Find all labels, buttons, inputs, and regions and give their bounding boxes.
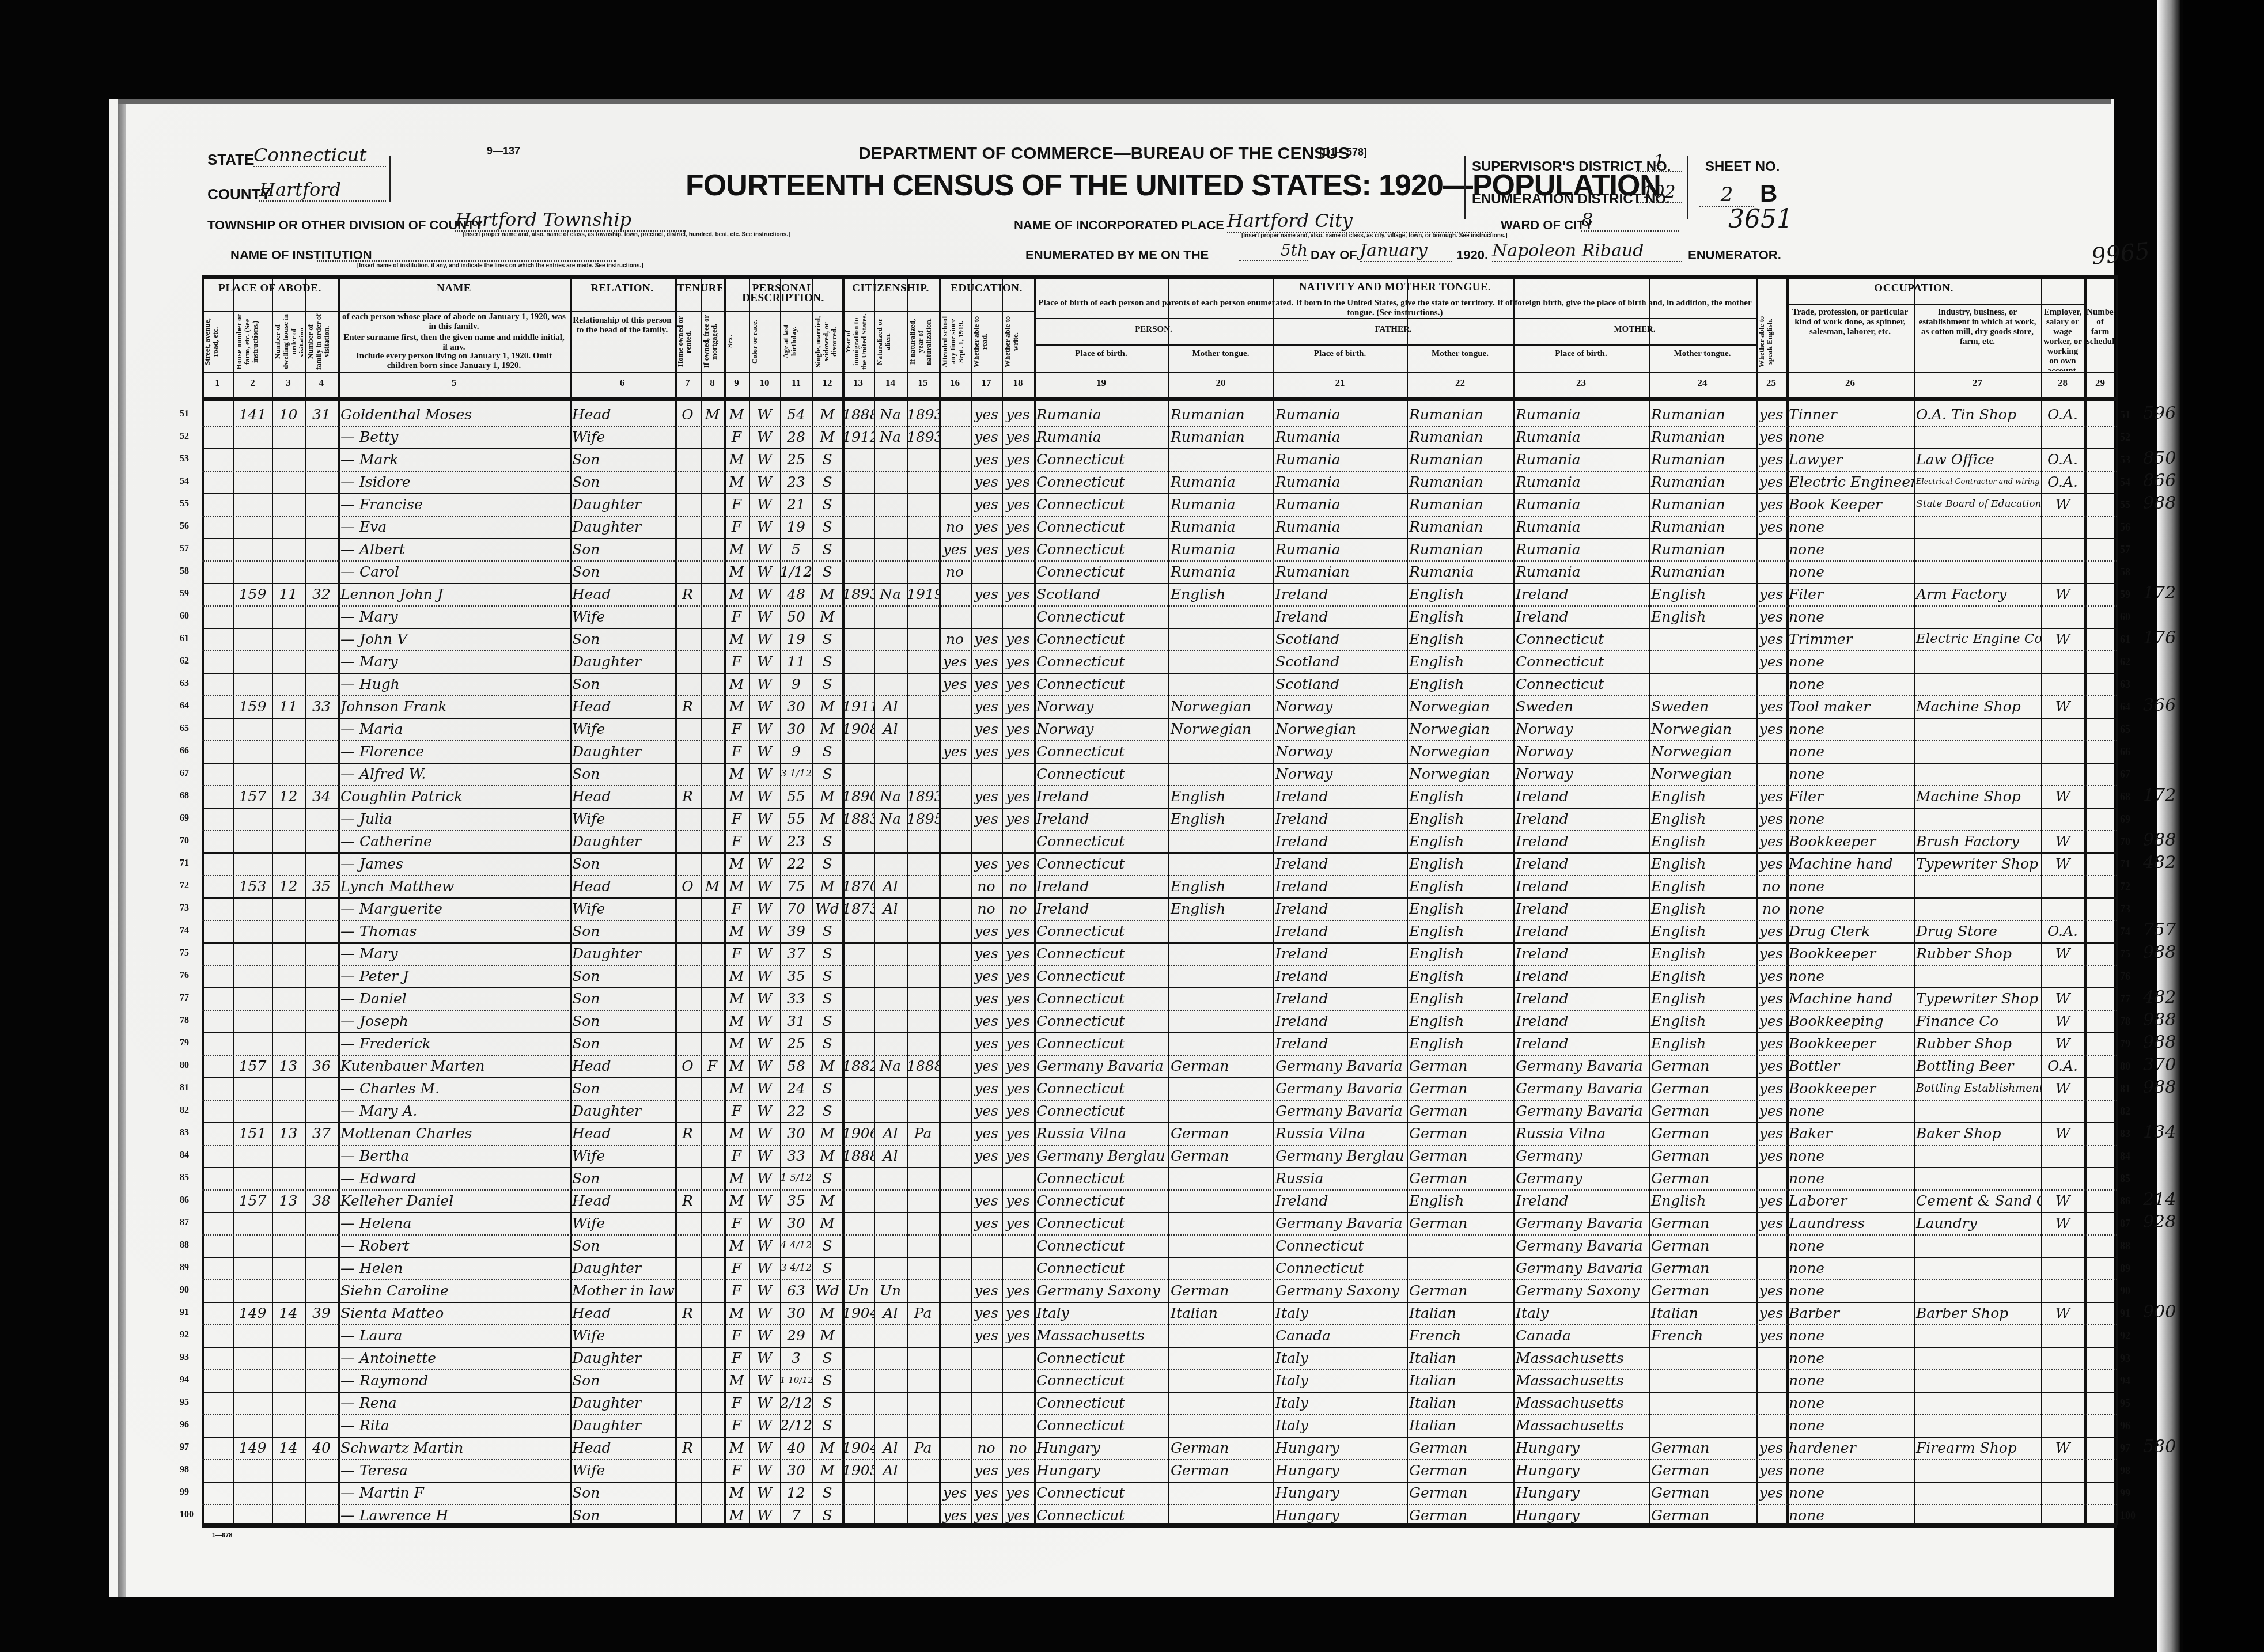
cell-race: W [749,942,780,965]
cell-sex: M [724,763,749,785]
cell-fmt: English [1407,1189,1513,1212]
cell-immig: 1888 [842,403,874,426]
cell-write: no [1002,875,1034,897]
cell-emp: W [2041,785,2084,808]
cell-family: 38 [305,1189,338,1212]
cell-marital: S [812,987,842,1010]
cell-race: W [749,740,780,763]
cell-pob: Connecticut [1034,605,1168,628]
line-number-left: 52 [180,431,189,442]
column-label: Whether able to write. [1004,313,1032,370]
footer-code: 1—678 [212,1532,232,1539]
cell-trade: Drug Clerk [1786,920,1914,942]
table-row: — TeresaWifeFW30M1905AlyesyesHungaryGerm… [202,1459,2117,1482]
table-row: — BettyWifeFW28M1912Na1893yesyesRumaniaR… [202,426,2117,448]
cell-relation: Head [570,1437,675,1459]
cell-mpob: Germany Bavaria [1513,1100,1649,1122]
table-row: — JosephSonMW31SyesyesConnecticutIreland… [202,1010,2117,1032]
cell-dwelling: 13 [272,1122,305,1145]
cell-fmt: English [1407,852,1513,875]
cell-name: — Joseph [338,1010,570,1032]
cell-fmt: Rumanian [1407,403,1513,426]
cell-trade: none [1786,1459,1914,1482]
cell-marital: M [812,1189,842,1212]
table-row: — LauraWifeFW29MyesyesMassachusettsCanad… [202,1324,2117,1347]
margin-annotation: 866 [2143,471,2176,491]
cell-fmt: English [1407,673,1513,695]
scan-background-right [2183,0,2264,1652]
cell-pob: Connecticut [1034,987,1168,1010]
cell-read: no [971,1437,1002,1459]
cell-fmt: English [1407,1032,1513,1055]
cell-race: W [749,1010,780,1032]
column-label: Number of farm schedule. [2087,308,2114,371]
cell-marital: S [812,1167,842,1189]
cell-fpob: Ireland [1273,1032,1407,1055]
cell-marital: M [812,1122,842,1145]
incorporated-place-value: Hartford City [1227,210,1492,233]
cell-race: W [749,1212,780,1234]
column-label: If naturalized, year of naturalization. [908,313,937,370]
cell-fpob: Norway [1273,695,1407,718]
line-number: 84 [2120,1150,2130,1162]
cell-house: 141 [233,403,272,426]
table-row: — John VSonMW19SnoyesyesConnecticutScotl… [202,628,2117,650]
cell-write: yes [1002,583,1034,605]
cell-english: yes [1756,920,1786,942]
cell-write: yes [1002,471,1034,493]
cell-read: yes [971,1145,1002,1167]
cell-name: — Maria [338,718,570,740]
line-number-left: 66 [180,746,189,756]
cell-race: W [749,628,780,650]
cell-english: yes [1756,471,1786,493]
cell-relation: Son [570,1234,675,1257]
cell-sex: M [724,1482,749,1504]
cell-nat: Al [874,1145,907,1167]
line-number: 97 [2120,1442,2130,1454]
line-number-left: 63 [180,679,189,689]
cell-write: yes [1002,785,1034,808]
cell-mmt: German [1649,1055,1756,1077]
cell-fmt: English [1407,987,1513,1010]
cell-trade: Machine hand [1786,987,1914,1010]
cell-emp: O.A. [2041,403,2084,426]
cell-age: 37 [780,942,812,965]
nativity-subdivider [1034,344,1756,346]
cell-industry: Finance Co [1914,1010,2041,1032]
cell-pob: Connecticut [1034,942,1168,965]
cell-nat: Un [874,1279,907,1302]
table-row: — FlorenceDaughterFW9SyesyesyesConnectic… [202,740,2117,763]
column-number: 23 [1516,378,1646,393]
cell-age: 39 [780,920,812,942]
cell-school: no [939,628,971,650]
cell-home: O [675,875,701,897]
cell-pob: Connecticut [1034,1414,1168,1437]
column-number: 22 [1409,378,1511,393]
cell-emp: W [2041,583,2084,605]
cell-sex: M [724,695,749,718]
line-number-left: 65 [180,723,189,734]
cell-emp: W [2041,1122,2084,1145]
ward-label: WARD OF CITY [1501,218,1593,233]
cell-name: — Charles M. [338,1077,570,1100]
table-row: — Charles M.SonMW24SyesyesConnecticutGer… [202,1077,2117,1100]
cell-trade: none [1786,1369,1914,1392]
cell-trade: none [1786,560,1914,583]
cell-fmt: English [1407,808,1513,830]
cell-age: 23 [780,830,812,852]
cell-trade: Laborer [1786,1189,1914,1212]
cell-fpob: Norway [1273,763,1407,785]
cell-mmt: Rumanian [1649,493,1756,516]
cell-age: 28 [780,426,812,448]
cell-mpob: Ireland [1513,808,1649,830]
cell-relation: Wife [570,1145,675,1167]
cell-fmt: Norwegian [1407,740,1513,763]
cell-race: W [749,1167,780,1189]
cell-marital: M [812,1324,842,1347]
cell-sex: M [724,1302,749,1324]
line-number: 94 [2120,1375,2130,1387]
cell-marital: S [812,1504,842,1526]
cell-read: yes [971,740,1002,763]
cell-family: 32 [305,583,338,605]
cell-industry: Machine Shop [1914,695,2041,718]
cell-fpob: Rumania [1273,471,1407,493]
cell-trade: none [1786,1504,1914,1526]
cell-natyear: 1893 [907,426,939,448]
cell-industry: Rubber Shop [1914,1032,2041,1055]
table-row: — Martin FSonMW12SyesyesyesConnecticutHu… [202,1482,2117,1504]
cell-fpob: Rumanian [1273,560,1407,583]
cell-age: 9 [780,673,812,695]
cell-industry: Electrical Contractor and wiring [1914,471,2041,493]
line-number-left: 91 [180,1308,189,1318]
cell-read: yes [971,1032,1002,1055]
cell-race: W [749,1347,780,1369]
cell-age: 75 [780,875,812,897]
cell-name: — Peter J [338,965,570,987]
cell-fpob: Hungary [1273,1459,1407,1482]
cell-trade: Baker [1786,1122,1914,1145]
cell-mmt: English [1649,875,1756,897]
cell-immig: 1904 [842,1302,874,1324]
cell-name: — Thomas [338,920,570,942]
column-label: Naturalized or alien. [876,313,905,370]
cell-race: W [749,1324,780,1347]
table-row: Siehn CarolineMother in lawFW63WdUnUnyes… [202,1279,2117,1302]
cell-trade: none [1786,718,1914,740]
sheet-label: SHEET NO. [1705,159,1780,175]
enumerated-day: 5th [1239,241,1308,261]
cell-nat: Al [874,1122,907,1145]
cell-pob: Connecticut [1034,763,1168,785]
cell-marital: M [812,1055,842,1077]
cell-write: yes [1002,650,1034,673]
cell-race: W [749,1145,780,1167]
page-fold-edge [2157,0,2180,1652]
cell-nat: Al [874,718,907,740]
line-number: 74 [2120,926,2130,938]
cell-fpob: Ireland [1273,605,1407,628]
line-number: 63 [2120,679,2130,691]
cell-natyear: 1895 [907,808,939,830]
cell-industry: Barber Shop [1914,1302,2041,1324]
cell-pob: Connecticut [1034,673,1168,695]
cell-emp: W [2041,942,2084,965]
cell-family: 35 [305,875,338,897]
line-number-left: 81 [180,1083,189,1093]
cell-name: — Mark [338,448,570,471]
cell-sex: F [724,1392,749,1414]
cell-marital: M [812,1302,842,1324]
cell-trade: Filer [1786,583,1914,605]
line-number-left: 85 [180,1173,189,1183]
enumerated-label: ENUMERATED BY ME ON THE [1025,248,1209,263]
line-number-left: 89 [180,1263,189,1273]
enumeration-district-value: 102 [1636,182,1682,203]
table-row: — HelenDaughterFW3 4/12SConnecticutConne… [202,1257,2117,1279]
cell-trade: Barber [1786,1302,1914,1324]
cell-age: 12 [780,1482,812,1504]
line-number: 57 [2120,544,2130,556]
cell-mpob: Norway [1513,740,1649,763]
cell-name: Kelleher Daniel [338,1189,570,1212]
cell-emp: W [2041,1077,2084,1100]
cell-race: W [749,1189,780,1212]
cell-mt: Rumania [1168,493,1273,516]
header-name: NAME [340,283,567,306]
cell-industry: Drug Store [1914,920,2041,942]
cell-sex: F [724,942,749,965]
cell-fmt: German [1407,1437,1513,1459]
cell-mt: English [1168,785,1273,808]
header-education: EDUCATION. [941,283,1032,306]
cell-name: — James [338,852,570,875]
cell-race: W [749,1100,780,1122]
cell-relation: Wife [570,426,675,448]
cell-mt: German [1168,1459,1273,1482]
line-number-left: 62 [180,656,189,666]
cell-race: W [749,718,780,740]
cell-mpob: Russia Vilna [1513,1122,1649,1145]
line-number: 53 [2120,454,2130,466]
margin-reference-number-2: 9965 [2090,238,2151,270]
line-number: 89 [2120,1263,2130,1275]
line-number-left: 74 [180,926,189,936]
cell-trade: none [1786,965,1914,987]
cell-relation: Wife [570,808,675,830]
margin-annotation: 988 [2143,1032,2176,1052]
column-number: 27 [1916,378,2039,393]
cell-pob: Italy [1034,1302,1168,1324]
cell-fpob: Russia Vilna [1273,1122,1407,1145]
cell-read: yes [971,965,1002,987]
cell-race: W [749,1055,780,1077]
cell-mpob: Massachusetts [1513,1392,1649,1414]
cell-fmt: German [1407,1145,1513,1167]
cell-fpob: Ireland [1273,897,1407,920]
cell-read: yes [971,1504,1002,1526]
cell-relation: Son [570,965,675,987]
cell-english: yes [1756,628,1786,650]
line-number-left: 88 [180,1240,189,1251]
cell-fmt: German [1407,1122,1513,1145]
column-label: Whether able to speak English. [1758,313,1785,370]
line-number-left: 86 [180,1195,189,1206]
cell-mpob: Ireland [1513,920,1649,942]
margin-annotation: 596 [2143,403,2176,423]
line-number: 93 [2120,1352,2130,1365]
cell-family: 31 [305,403,338,426]
cell-fpob: Russia [1273,1167,1407,1189]
cell-race: W [749,987,780,1010]
cell-race: W [749,403,780,426]
cell-mpob: Rumania [1513,426,1649,448]
cell-pob: Connecticut [1034,740,1168,763]
cell-mmt: German [1649,1257,1756,1279]
margin-annotation: 900 [2143,1302,2176,1322]
cell-marital: S [812,560,842,583]
cell-relation: Daughter [570,1100,675,1122]
cell-race: W [749,1257,780,1279]
cell-english: yes [1756,1077,1786,1100]
line-number: 80 [2120,1060,2130,1073]
cell-relation: Daughter [570,493,675,516]
cell-dwelling: 12 [272,785,305,808]
cell-mmt: Norwegian [1649,763,1756,785]
cell-fpob: Rumania [1273,516,1407,538]
cell-immig: 1908 [842,718,874,740]
cell-fmt: Norwegian [1407,718,1513,740]
line-number: 65 [2120,723,2130,736]
cell-name: — Edward [338,1167,570,1189]
cell-pob: Connecticut [1034,1077,1168,1100]
table-row: 1411031Goldenthal MosesHeadOMMW54M1888Na… [202,403,2117,426]
line-number-left: 72 [180,881,189,891]
cell-natyear: Pa [907,1437,939,1459]
cell-house: 159 [233,583,272,605]
cell-read: yes [971,1189,1002,1212]
cell-race: W [749,965,780,987]
cell-age: 35 [780,1189,812,1212]
cell-relation: Son [570,1010,675,1032]
cell-mmt: English [1649,852,1756,875]
cell-fpob: Norwegian [1273,718,1407,740]
cell-mt: German [1168,1145,1273,1167]
header-place-of-abode: PLACE OF ABODE. [204,283,336,306]
cell-mmt: German [1649,1077,1756,1100]
line-number: 90 [2120,1285,2130,1297]
cell-immig: 1888 [842,1145,874,1167]
margin-reference-number: 3651 [1728,204,1793,234]
cell-fpob: Ireland [1273,808,1407,830]
cell-mpob: Rumania [1513,448,1649,471]
name-desc-1: of each person whose place of abode on J… [340,312,567,329]
cell-school: yes [939,740,971,763]
cell-sex: M [724,875,749,897]
cell-age: 2/12 [780,1414,812,1437]
cell-name: — Mary [338,605,570,628]
cell-age: 21 [780,493,812,516]
sheet-side: B [1760,180,1777,207]
cell-sex: M [724,1504,749,1526]
cell-mmt: Rumanian [1649,471,1756,493]
line-number: 92 [2120,1330,2130,1342]
cell-write: yes [1002,1279,1034,1302]
cell-emp: W [2041,1437,2084,1459]
cell-write: yes [1002,1504,1034,1526]
cell-fpob: Scotland [1273,673,1407,695]
cell-sex: F [724,1145,749,1167]
cell-name: Kutenbauer Marten [338,1055,570,1077]
cell-mpob: Hungary [1513,1504,1649,1526]
cell-name: — Martin F [338,1482,570,1504]
cell-name: Goldenthal Moses [338,403,570,426]
cell-english: yes [1756,448,1786,471]
cell-marital: S [812,1077,842,1100]
line-number-left: 54 [180,476,189,487]
cell-mpob: Ireland [1513,583,1649,605]
margin-annotation: 988 [2143,493,2176,513]
cell-name: — Mary [338,650,570,673]
cell-race: W [749,1302,780,1324]
cell-age: 30 [780,695,812,718]
cell-relation: Daughter [570,1392,675,1414]
cell-relation: Wife [570,897,675,920]
cell-fmt: English [1407,785,1513,808]
cell-pob: Ireland [1034,785,1168,808]
line-number-left: 83 [180,1128,189,1138]
line-number-left: 73 [180,903,189,914]
cell-age: 3 [780,1347,812,1369]
line-number-left: 51 [180,409,189,419]
line-number-left: 57 [180,544,189,554]
cell-fmt: English [1407,875,1513,897]
margin-annotation: 757 [2143,920,2176,940]
cell-age: 25 [780,1032,812,1055]
column-number: 15 [909,378,937,393]
cell-age: 19 [780,628,812,650]
cell-relation: Son [570,673,675,695]
line-number-left: 97 [180,1442,189,1453]
cell-school: yes [939,1504,971,1526]
cell-home: R [675,1189,701,1212]
cell-write: yes [1002,538,1034,560]
cell-fpob: Hungary [1273,1504,1407,1526]
cell-relation: Son [570,1482,675,1504]
table-row: — ThomasSonMW39SyesyesConnecticutIreland… [202,920,2117,942]
line-number: 56 [2120,521,2130,533]
column-number: 17 [973,378,1000,393]
cell-relation: Head [570,403,675,426]
table-row: — FrederickSonMW25SyesyesConnecticutIrel… [202,1032,2117,1055]
cell-relation: Son [570,538,675,560]
cell-industry: State Board of Education [1914,493,2041,516]
cell-fpob: Rumania [1273,448,1407,471]
cell-age: 1/12 [780,560,812,583]
cell-race: W [749,1279,780,1302]
name-desc-2: Enter surname first, then the given name… [340,333,567,350]
cell-age: 54 [780,403,812,426]
cell-house: 157 [233,785,272,808]
column-label: Place of birth. [1275,349,1404,370]
cell-marital: Wd [812,1279,842,1302]
cell-name: — Frederick [338,1032,570,1055]
cell-pob: Connecticut [1034,965,1168,987]
